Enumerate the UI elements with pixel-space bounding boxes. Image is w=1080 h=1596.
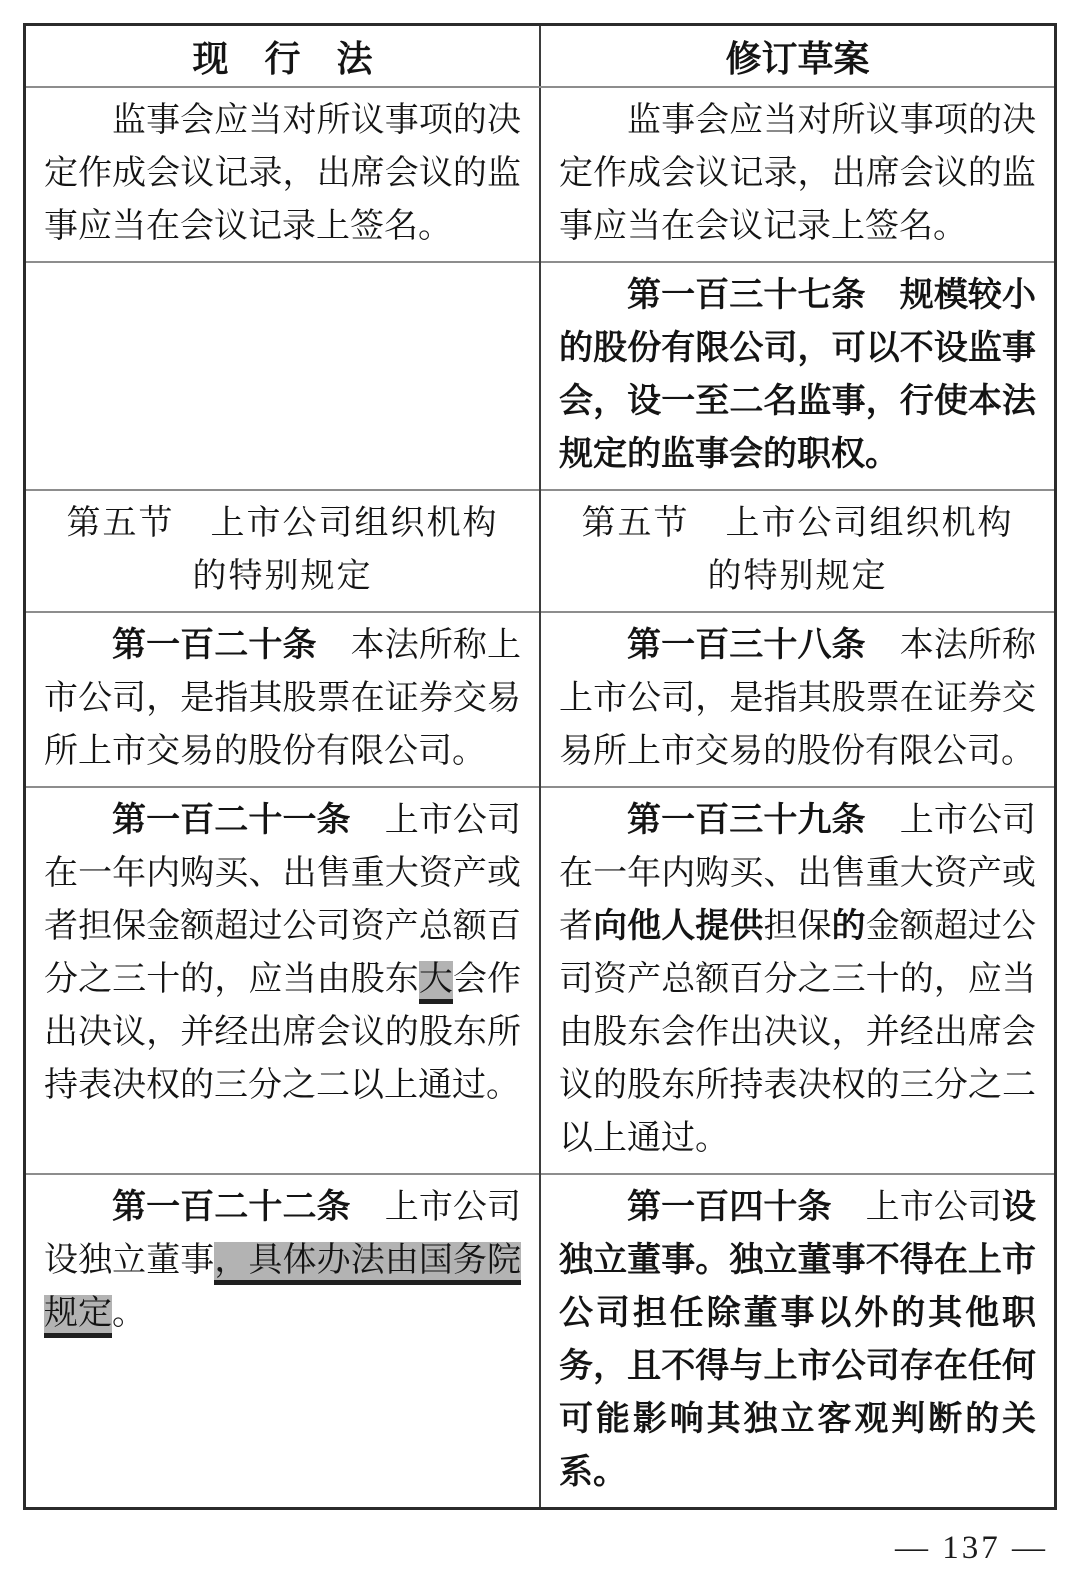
law-paragraph: 第一百二十条 本法所称上市公司，是指其股票在证券交易所上市交易的股份有限公司。 — [44, 619, 521, 778]
cell-current-law: 监事会应当对所议事项的决定作成会议记录，出席会议的监事应当在会议记录上签名。 — [25, 87, 541, 262]
law-table-body: 监事会应当对所议事项的决定作成会议记录，出席会议的监事应当在会议记录上签名。监事… — [25, 87, 1056, 1509]
deleted-text-highlight: 大 — [419, 961, 453, 1004]
emphasis-text: 第一百三十七条 — [627, 276, 866, 314]
law-paragraph: 监事会应当对所议事项的决定作成会议记录，出席会议的监事应当在会议记录上签名。 — [559, 94, 1036, 253]
table-row: 第一百三十七条 规模较小的股份有限公司，可以不设监事会，设一至二名监事，行使本法… — [25, 262, 1056, 490]
law-paragraph: 监事会应当对所议事项的决定作成会议记录，出席会议的监事应当在会议记录上签名。 — [44, 94, 521, 253]
cell-revision-draft: 第五节 上市公司组织机构的特别规定 — [540, 490, 1056, 612]
law-paragraph: 第一百三十九条 上市公司在一年内购买、出售重大资产或者向他人提供担保的金额超过公… — [559, 794, 1036, 1165]
section-heading-line: 第五节 上市公司组织机构 — [559, 497, 1036, 550]
table-row: 第一百二十条 本法所称上市公司，是指其股票在证券交易所上市交易的股份有限公司。第… — [25, 612, 1056, 787]
cell-revision-draft: 监事会应当对所议事项的决定作成会议记录，出席会议的监事应当在会议记录上签名。 — [540, 87, 1056, 262]
law-paragraph: 第一百二十一条 上市公司在一年内购买、出售重大资产或者担保金额超过公司资产总额百… — [44, 794, 521, 1112]
cell-current-law: 第一百二十条 本法所称上市公司，是指其股票在证券交易所上市交易的股份有限公司。 — [25, 612, 541, 787]
cell-revision-draft: 第一百三十七条 规模较小的股份有限公司，可以不设监事会，设一至二名监事，行使本法… — [540, 262, 1056, 490]
body-text: 金额超过公司资产总额百分之三十的，应当由股东会作出决议，并经出席会议的股东所持表… — [559, 908, 1036, 1157]
table-row: 第一百二十一条 上市公司在一年内购买、出售重大资产或者担保金额超过公司资产总额百… — [25, 787, 1056, 1174]
emphasis-text: 第一百三十九条 — [627, 801, 866, 839]
body-text: 监事会应当对所议事项的决定作成会议记录，出席会议的监事应当在会议记录上签名。 — [44, 102, 521, 245]
cell-current-law: 第一百二十二条 上市公司设独立董事，具体办法由国务院规定。 — [25, 1174, 541, 1509]
table-row: 监事会应当对所议事项的决定作成会议记录，出席会议的监事应当在会议记录上签名。监事… — [25, 87, 1056, 262]
cell-current-law: 第一百二十一条 上市公司在一年内购买、出售重大资产或者担保金额超过公司资产总额百… — [25, 787, 541, 1174]
emphasis-text: 第一百四十条 — [627, 1188, 832, 1226]
law-paragraph: 第一百三十八条 本法所称上市公司，是指其股票在证券交易所上市交易的股份有限公司。 — [559, 619, 1036, 778]
body-text: 担保 — [763, 908, 831, 945]
law-paragraph: 第一百二十二条 上市公司设独立董事，具体办法由国务院规定。 — [44, 1181, 521, 1340]
document-page: { "table": { "headers": { "left": "现 行 法… — [0, 0, 1080, 1596]
emphasis-text: 第一百二十条 — [112, 626, 317, 664]
body-text: 。 — [112, 1295, 146, 1332]
emphasis-text: 第一百三十八条 — [627, 626, 866, 664]
table-row: 第五节 上市公司组织机构的特别规定第五节 上市公司组织机构的特别规定 — [25, 490, 1056, 612]
body-text: 监事会应当对所议事项的决定作成会议记录，出席会议的监事应当在会议记录上签名。 — [559, 102, 1036, 245]
emphasis-text: 第一百二十一条 — [112, 801, 351, 839]
cell-revision-draft: 第一百三十八条 本法所称上市公司，是指其股票在证券交易所上市交易的股份有限公司。 — [540, 612, 1056, 787]
header-row: 现 行 法 修订草案 — [25, 25, 1056, 88]
cell-current-law — [25, 262, 541, 490]
section-heading-line: 第五节 上市公司组织机构 — [44, 497, 521, 550]
cell-current-law: 第五节 上市公司组织机构的特别规定 — [25, 490, 541, 612]
cell-revision-draft: 第一百四十条 上市公司设独立董事。独立董事不得在上市公司担任除董事以外的其他职务… — [540, 1174, 1056, 1509]
section-heading-line: 的特别规定 — [44, 550, 521, 603]
body-text: 上市公司 — [832, 1189, 1002, 1226]
emphasis-text: 第一百二十二条 — [112, 1188, 351, 1226]
law-paragraph: 第一百三十七条 规模较小的股份有限公司，可以不设监事会，设一至二名监事，行使本法… — [559, 269, 1036, 481]
law-comparison-table: 现 行 法 修订草案 监事会应当对所议事项的决定作成会议记录，出席会议的监事应当… — [23, 23, 1057, 1510]
column-header-revision-draft: 修订草案 — [540, 25, 1056, 88]
page-number: — 137 — — [895, 1530, 1048, 1566]
section-heading-line: 的特别规定 — [559, 550, 1036, 603]
emphasis-text: 向他人提供 — [593, 907, 763, 945]
emphasis-text: 设独立董事。独立董事不得在上市公司担任除董事以外的其他职务，且不得与上市公司存在… — [559, 1188, 1036, 1491]
emphasis-text: 的 — [832, 907, 866, 945]
column-header-current-law: 现 行 法 — [25, 25, 541, 88]
cell-revision-draft: 第一百三十九条 上市公司在一年内购买、出售重大资产或者向他人提供担保的金额超过公… — [540, 787, 1056, 1174]
law-paragraph: 第一百四十条 上市公司设独立董事。独立董事不得在上市公司担任除董事以外的其他职务… — [559, 1181, 1036, 1499]
table-row: 第一百二十二条 上市公司设独立董事，具体办法由国务院规定。第一百四十条 上市公司… — [25, 1174, 1056, 1509]
